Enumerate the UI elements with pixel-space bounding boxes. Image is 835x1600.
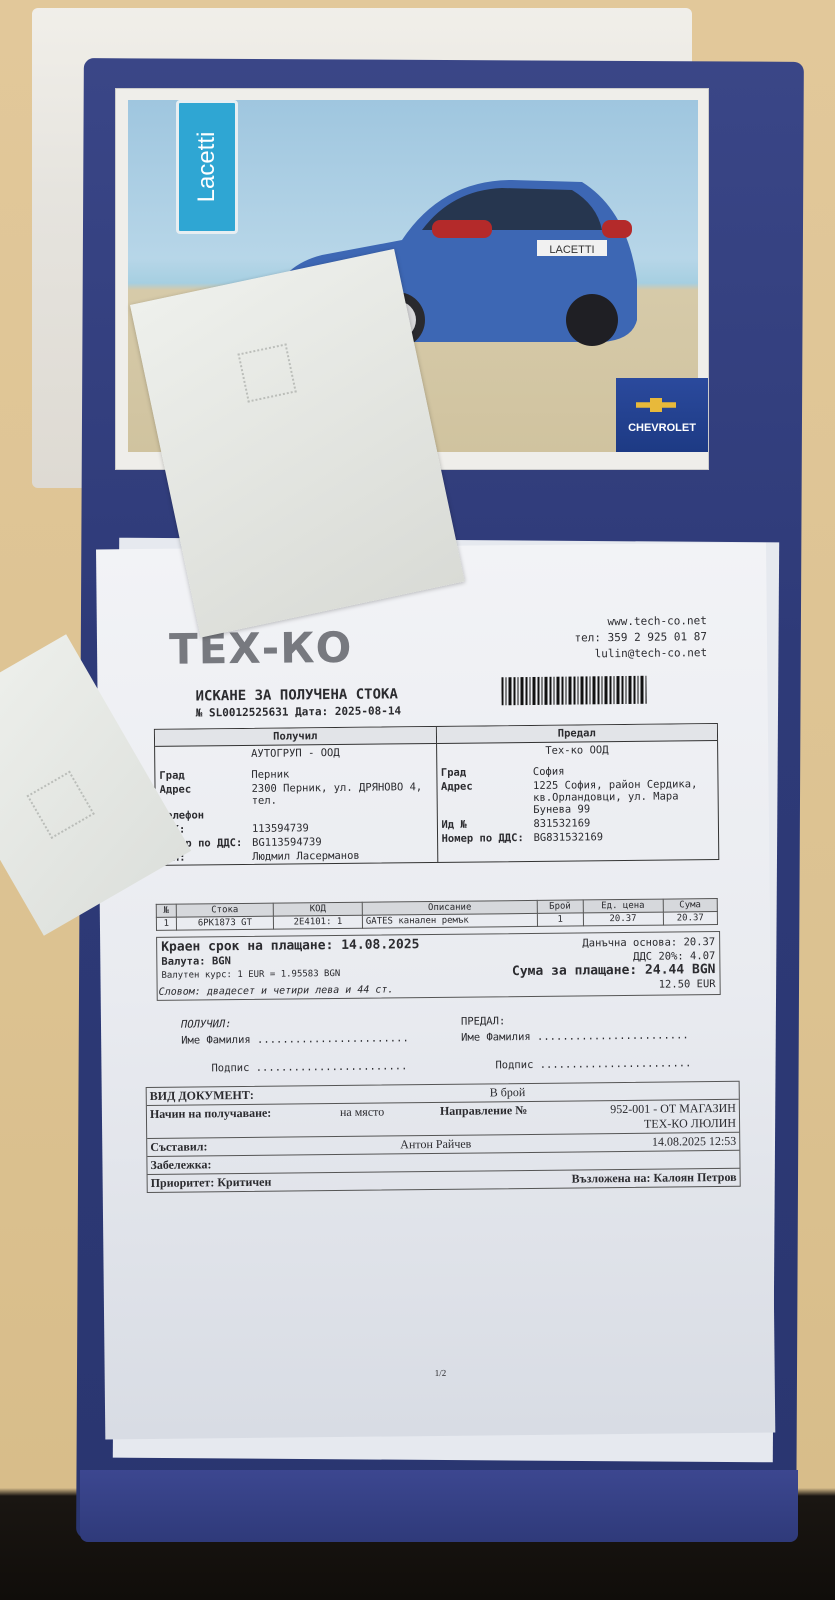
- contact-phone: тел: 359 2 925 01 87: [574, 629, 707, 646]
- field-label: Ид №: [441, 818, 533, 831]
- received-sign-line: Подпис ........................: [211, 1058, 409, 1076]
- sender-name: Тех-ко ООД: [437, 741, 718, 766]
- field-label: Град: [441, 766, 533, 779]
- receiver-name: АУТОГРУП - ООД: [155, 744, 436, 769]
- field-value: 831532169: [533, 816, 714, 830]
- qr-code-icon: [237, 343, 296, 402]
- field-value: 113594739: [252, 821, 433, 835]
- field-row: Номер по ДДС:BG831532169: [437, 829, 718, 846]
- company-logo: ТЕХ-КО: [169, 623, 353, 674]
- field-label: Номер по ДДС:: [442, 832, 534, 845]
- doc-type-label: ВИД ДОКУМЕНТ:: [150, 1085, 490, 1104]
- field-label: Адрес: [159, 783, 251, 808]
- contact-website: www.tech-co.net: [574, 613, 707, 630]
- created-datetime: 14.08.2025 12:53: [652, 1134, 736, 1150]
- contact-email: lulin@tech-co.net: [575, 645, 708, 662]
- doc-type-value: В брой: [490, 1085, 526, 1100]
- receive-label: Начин на получаване:: [150, 1105, 340, 1137]
- sender-signature: ПРЕДАЛ: Име Фамилия ....................…: [461, 1011, 692, 1073]
- column-header: №: [156, 904, 176, 917]
- folder-bottom-edge: [80, 1470, 798, 1542]
- receiver-signature: ПОЛУЧИЛ: Име Фамилия ...................…: [181, 1014, 409, 1076]
- chevrolet-bowtie-icon: [636, 398, 676, 412]
- table-cell: 6PK1873 GT: [176, 916, 274, 930]
- column-header: Брой: [537, 900, 583, 913]
- field-row: Адрес1225 София, район Сердика, кв.Орлан…: [437, 777, 718, 818]
- lacetti-title: Lacetti: [193, 132, 221, 203]
- exchange-rate: Валутен курс: 1 EUR = 1.95583 BGN: [161, 966, 419, 983]
- receiver-block: Получил АУТОГРУП - ООД ГрадПерникАдрес23…: [155, 727, 437, 865]
- due-date: Краен срок на плащане: 14.08.2025: [161, 938, 419, 955]
- table-cell: 1: [537, 913, 583, 926]
- direction-label: Направление №: [440, 1102, 590, 1134]
- brand-label: CHEVROLET: [616, 422, 708, 434]
- author-label: Съставил:: [150, 1137, 400, 1155]
- chevrolet-logo: CHEVROLET: [616, 378, 708, 452]
- svg-text:LACETTI: LACETTI: [549, 244, 594, 256]
- assigned-to: Възложена на: Калоян Петров: [571, 1170, 736, 1187]
- field-row: Адрес2300 Перник, ул. ДРЯНОВО 4, тел.: [155, 780, 436, 809]
- receive-value: на място: [340, 1104, 440, 1135]
- qr-code-icon: [27, 771, 95, 839]
- company-contact: www.tech-co.net тел: 359 2 925 01 87 lul…: [574, 613, 707, 662]
- document-meta-table: ВИД ДОКУМЕНТ:В брой Начин на получаване:…: [146, 1081, 741, 1193]
- field-value: BG113594739: [252, 835, 433, 849]
- column-header: Сума: [663, 899, 717, 913]
- field-value: BG831532169: [533, 830, 714, 844]
- field-value: [252, 807, 433, 821]
- barcode: [501, 676, 646, 706]
- given-name-line: Име Фамилия ........................: [461, 1027, 691, 1045]
- column-header: КОД: [273, 902, 362, 916]
- field-value: 2300 Перник, ул. ДРЯНОВО 4, тел.: [251, 781, 432, 807]
- field-value: София: [533, 764, 714, 778]
- page-number: 1/2: [435, 1368, 447, 1378]
- sender-block: Предал Тех-ко ООД ГрадСофияАдрес1225 Соф…: [435, 724, 718, 862]
- items-table: №СтокаКОДОписаниеБройЕд. ценаСума 16PK18…: [156, 898, 718, 931]
- document-title: ИСКАНЕ ЗА ПОЛУЧЕНА СТОКА: [195, 686, 397, 704]
- field-row: МОЛ:Людмил Ласерманов: [156, 848, 437, 865]
- total-eur: 12.50 EUR: [512, 977, 716, 993]
- table-cell: GATES канален ремък: [362, 913, 537, 928]
- field-value: Людмил Ласерманов: [252, 849, 433, 863]
- goods-receipt-document: ТЕХ-КО www.tech-co.net тел: 359 2 925 01…: [96, 542, 775, 1439]
- priority: Приоритет: Критичен: [151, 1172, 572, 1191]
- received-name-line: Име Фамилия ........................: [181, 1030, 409, 1048]
- parties-table: Получил АУТОГРУП - ООД ГрадПерникАдрес23…: [154, 723, 719, 866]
- author-value: Антон Райчев: [400, 1135, 652, 1153]
- table-cell: 2E4101: 1: [274, 915, 363, 929]
- column-header: Ед. цена: [583, 899, 663, 913]
- table-cell: 20.37: [583, 912, 663, 926]
- column-header: Стока: [176, 903, 274, 917]
- field-value: Перник: [251, 767, 432, 781]
- field-value: 1225 София, район Сердика, кв.Орландовци…: [533, 778, 714, 816]
- field-label: Град: [159, 769, 251, 782]
- direction-value: 952-001 - ОТ МАГАЗИН ТЕХ-КО ЛЮЛИН: [590, 1101, 736, 1133]
- given-sign-line: Подпис ........................: [495, 1055, 691, 1073]
- table-cell: 1: [156, 917, 176, 930]
- note-label: Забележка:: [150, 1157, 211, 1173]
- table-cell: 20.37: [663, 912, 717, 926]
- lacetti-title-tab: Lacetti: [176, 100, 238, 234]
- field-label: Адрес: [441, 780, 533, 817]
- document-number-date: № SL0012525631 Дата: 2025-08-14: [196, 704, 401, 719]
